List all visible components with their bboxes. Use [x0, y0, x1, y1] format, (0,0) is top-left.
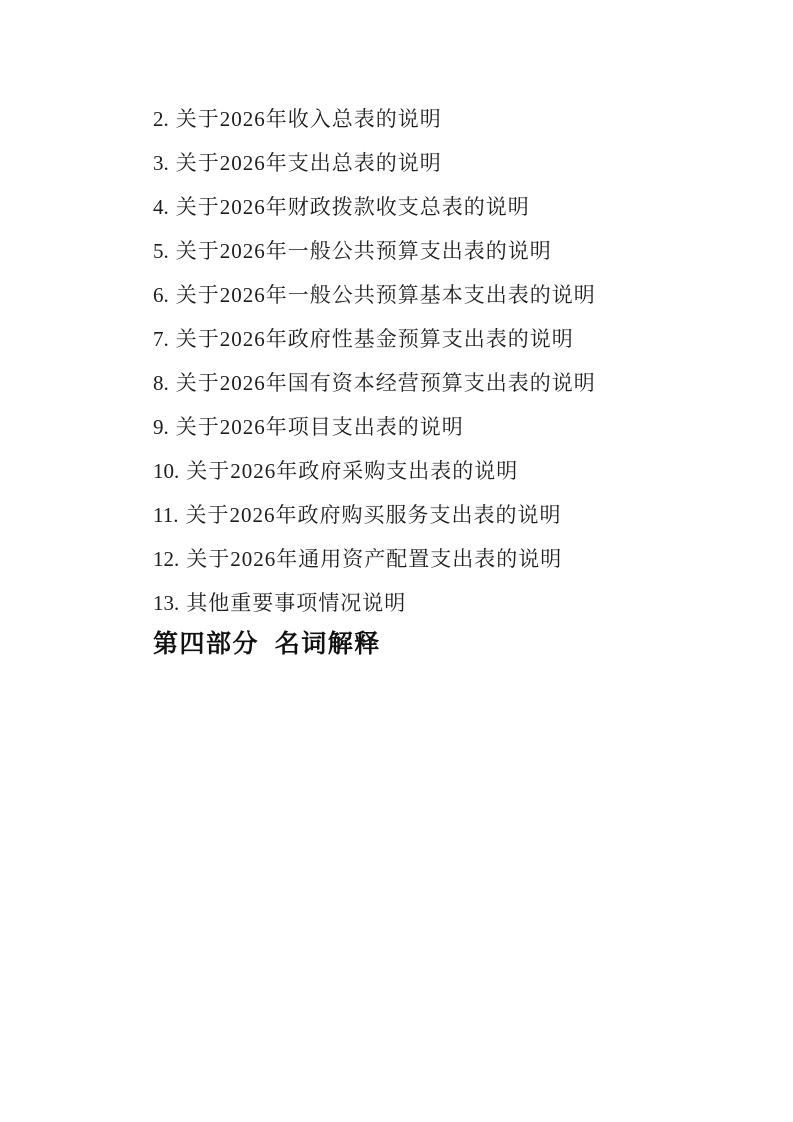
toc-item: 11.关于2026年政府购买服务支出表的说明 — [153, 493, 596, 537]
toc-item-text: 关于2026年政府性基金预算支出表的说明 — [176, 327, 574, 351]
toc-item: 3.关于2026年支出总表的说明 — [153, 141, 596, 185]
toc-item-text: 关于2026年一般公共预算基本支出表的说明 — [176, 283, 596, 307]
toc-item-number: 13. — [153, 581, 179, 625]
toc-item: 5.关于2026年一般公共预算支出表的说明 — [153, 229, 596, 273]
toc-item-text: 关于2026年政府采购支出表的说明 — [186, 459, 518, 483]
section-heading: 第四部分 名词解释 — [153, 625, 596, 665]
toc-item-number: 8. — [153, 361, 169, 405]
toc-item-number: 6. — [153, 273, 169, 317]
toc-item-text: 关于2026年支出总表的说明 — [176, 151, 442, 175]
toc-item: 10.关于2026年政府采购支出表的说明 — [153, 449, 596, 493]
toc-item-text: 关于2026年项目支出表的说明 — [176, 415, 464, 439]
toc-item-number: 2. — [153, 97, 169, 141]
toc-item-text: 关于2026年政府购买服务支出表的说明 — [185, 503, 561, 527]
toc-content: 2.关于2026年收入总表的说明 3.关于2026年支出总表的说明 4.关于20… — [153, 97, 596, 665]
toc-item-text: 关于2026年一般公共预算支出表的说明 — [176, 239, 552, 263]
toc-item: 4.关于2026年财政拨款收支总表的说明 — [153, 185, 596, 229]
toc-item-number: 5. — [153, 229, 169, 273]
toc-item: 9.关于2026年项目支出表的说明 — [153, 405, 596, 449]
toc-item-text: 关于2026年国有资本经营预算支出表的说明 — [176, 371, 596, 395]
toc-item-text: 其他重要事项情况说明 — [186, 591, 406, 615]
toc-item: 6.关于2026年一般公共预算基本支出表的说明 — [153, 273, 596, 317]
toc-item-number: 10. — [153, 449, 179, 493]
toc-item-text: 关于2026年收入总表的说明 — [176, 107, 442, 131]
toc-item-text: 关于2026年通用资产配置支出表的说明 — [186, 547, 562, 571]
toc-item-number: 11. — [153, 493, 178, 537]
toc-item-number: 7. — [153, 317, 169, 361]
toc-item: 7.关于2026年政府性基金预算支出表的说明 — [153, 317, 596, 361]
toc-item: 8.关于2026年国有资本经营预算支出表的说明 — [153, 361, 596, 405]
toc-item: 13.其他重要事项情况说明 — [153, 581, 596, 625]
toc-item-number: 12. — [153, 537, 179, 581]
toc-item-number: 9. — [153, 405, 169, 449]
toc-item-text: 关于2026年财政拨款收支总表的说明 — [176, 195, 530, 219]
toc-item-number: 4. — [153, 185, 169, 229]
document-page: 2.关于2026年收入总表的说明 3.关于2026年支出总表的说明 4.关于20… — [0, 0, 793, 1122]
toc-item-number: 3. — [153, 141, 169, 185]
toc-item: 2.关于2026年收入总表的说明 — [153, 97, 596, 141]
toc-item: 12.关于2026年通用资产配置支出表的说明 — [153, 537, 596, 581]
